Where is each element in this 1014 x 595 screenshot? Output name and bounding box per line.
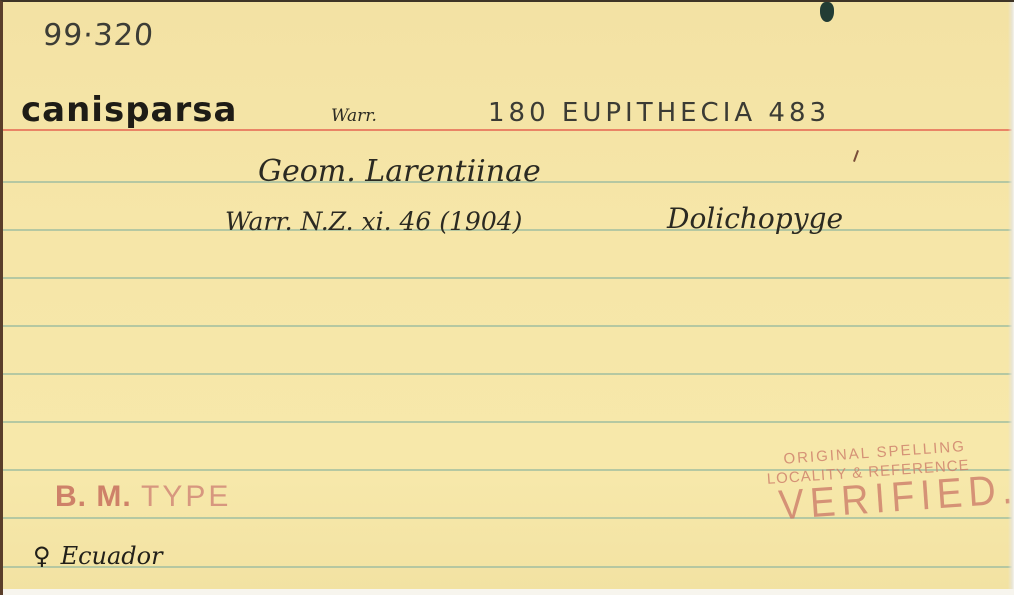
ink-blot: [820, 2, 834, 22]
female-symbol-icon: ♀: [33, 542, 51, 570]
bm-type-stamp: B. M. TYPE: [55, 480, 231, 514]
ruled-line: [3, 277, 1014, 279]
genus-line: 180 EUPITHECIA 483: [488, 98, 830, 128]
literature-reference: Warr. N.Z. xi. 46 (1904): [225, 207, 522, 236]
type-stamp-text: TYPE: [141, 480, 231, 513]
accession-number: 99·320: [42, 18, 155, 53]
species-name: canisparsa: [21, 90, 237, 130]
card-right-edge: [1008, 2, 1014, 595]
card-bottom-edge: [3, 589, 1014, 595]
specimen-locality: Ecuador: [61, 542, 163, 570]
verified-stamp: ORIGINAL SPELLING LOCALITY & REFERENCE V…: [765, 437, 980, 525]
original-genus: Dolichopyge: [667, 202, 843, 235]
ruled-line: [3, 373, 1014, 375]
bm-stamp-text: B. M.: [55, 480, 132, 513]
pen-mark: [853, 150, 859, 162]
author-abbrev: Warr.: [331, 106, 377, 126]
specimen-line: ♀Ecuador: [33, 542, 163, 570]
index-card: 99·320 canisparsa Warr. 180 EUPITHECIA 4…: [0, 0, 1014, 595]
family-subfamily: Geom. Larentiinae: [258, 154, 541, 189]
ruled-line: [3, 325, 1014, 327]
ruled-line: [3, 421, 1014, 423]
